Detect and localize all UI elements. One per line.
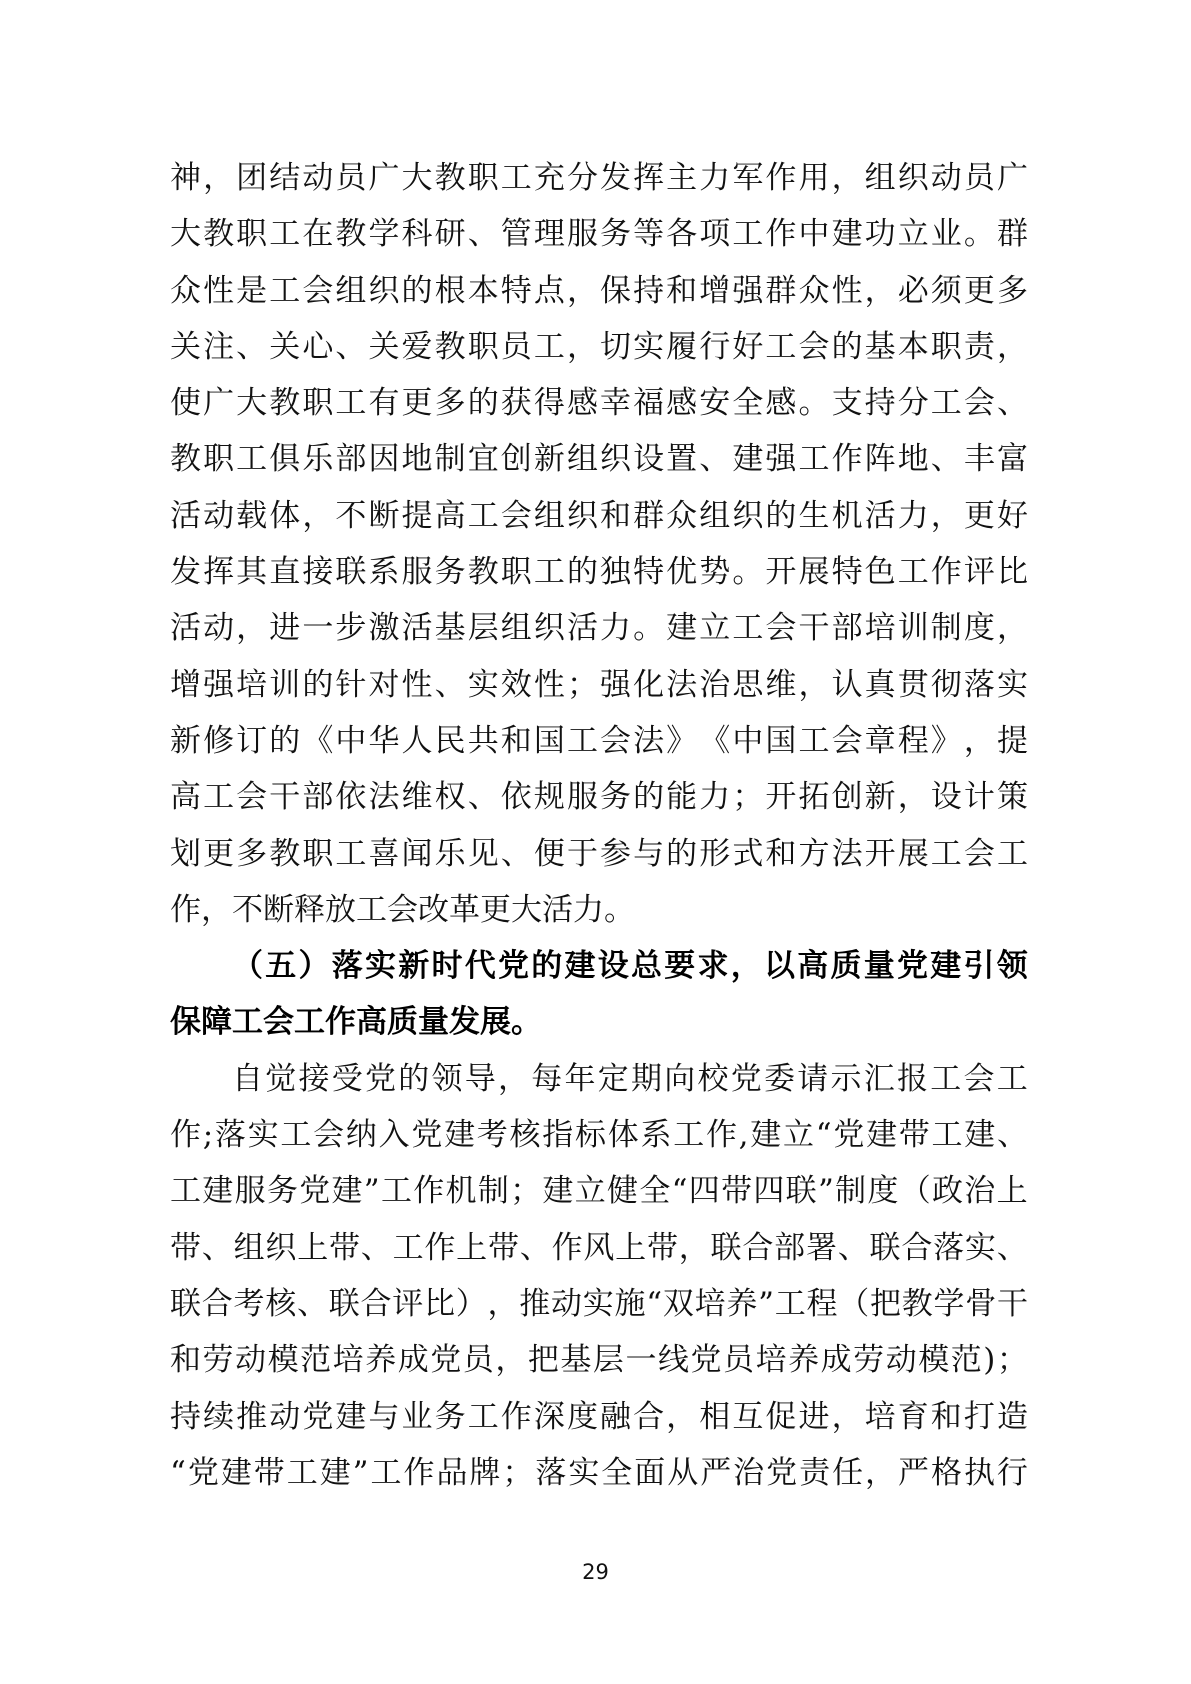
- text-line: 带、组织上带、工作上带、作风上带，联合部署、联合落实、: [170, 1220, 1028, 1276]
- text-line: 联合考核、联合评比），推动实施“双培养”工程（把教学骨干: [170, 1276, 1028, 1332]
- heading-line: （五）落实新时代党的建设总要求，以高质量党建引领: [170, 938, 1028, 994]
- text-line: 众性是工会组织的根本特点，保持和增强群众性，必须更多: [170, 263, 1028, 319]
- page-number: 29: [0, 1560, 1191, 1584]
- text-line: 作;落实工会纳入党建考核指标体系工作,建立“党建带工建、: [170, 1107, 1028, 1163]
- text-line: “党建带工建”工作品牌；落实全面从严治党责任，严格执行: [170, 1445, 1028, 1501]
- text-line: 持续推动党建与业务工作深度融合，相互促进，培育和打造: [170, 1389, 1028, 1445]
- text-line: 作，不断释放工会改革更大活力。: [170, 882, 1028, 938]
- paragraph-2: 自觉接受党的领导，每年定期向校党委请示汇报工会工 作;落实工会纳入党建考核指标体…: [170, 1051, 1028, 1501]
- text-line: 教职工俱乐部因地制宜创新组织设置、建强工作阵地、丰富: [170, 431, 1028, 487]
- section-heading: （五）落实新时代党的建设总要求，以高质量党建引领 保障工会工作高质量发展。: [170, 938, 1028, 1051]
- text-line: 划更多教职工喜闻乐见、便于参与的形式和方法开展工会工: [170, 826, 1028, 882]
- text-line: 使广大教职工有更多的获得感幸福感安全感。支持分工会、: [170, 375, 1028, 431]
- text-line: 工建服务党建”工作机制；建立健全“四带四联”制度（政治上: [170, 1163, 1028, 1219]
- document-page: 神，团结动员广大教职工充分发挥主力军作用，组织动员广 大教职工在教学科研、管理服…: [0, 0, 1191, 1684]
- text-line: 发挥其直接联系服务教职工的独特优势。开展特色工作评比: [170, 544, 1028, 600]
- text-line: 大教职工在教学科研、管理服务等各项工作中建功立业。群: [170, 206, 1028, 262]
- text-line: 增强培训的针对性、实效性；强化法治思维，认真贯彻落实: [170, 657, 1028, 713]
- text-line: 新修订的《中华人民共和国工会法》《中国工会章程》，提: [170, 713, 1028, 769]
- text-line: 自觉接受党的领导，每年定期向校党委请示汇报工会工: [170, 1051, 1028, 1107]
- paragraph-continuation: 神，团结动员广大教职工充分发挥主力军作用，组织动员广 大教职工在教学科研、管理服…: [170, 150, 1028, 938]
- text-line: 高工会干部依法维权、依规服务的能力；开拓创新，设计策: [170, 769, 1028, 825]
- heading-line: 保障工会工作高质量发展。: [170, 994, 1028, 1050]
- text-line: 神，团结动员广大教职工充分发挥主力军作用，组织动员广: [170, 150, 1028, 206]
- text-line: 关注、关心、关爱教职员工，切实履行好工会的基本职责，: [170, 319, 1028, 375]
- text-line: 和劳动模范培养成党员，把基层一线党员培养成劳动模范)；: [170, 1332, 1028, 1388]
- text-line: 活动，进一步激活基层组织活力。建立工会干部培训制度，: [170, 600, 1028, 656]
- text-body: 神，团结动员广大教职工充分发挥主力军作用，组织动员广 大教职工在教学科研、管理服…: [170, 150, 1028, 1501]
- text-line: 活动载体，不断提高工会组织和群众组织的生机活力，更好: [170, 488, 1028, 544]
